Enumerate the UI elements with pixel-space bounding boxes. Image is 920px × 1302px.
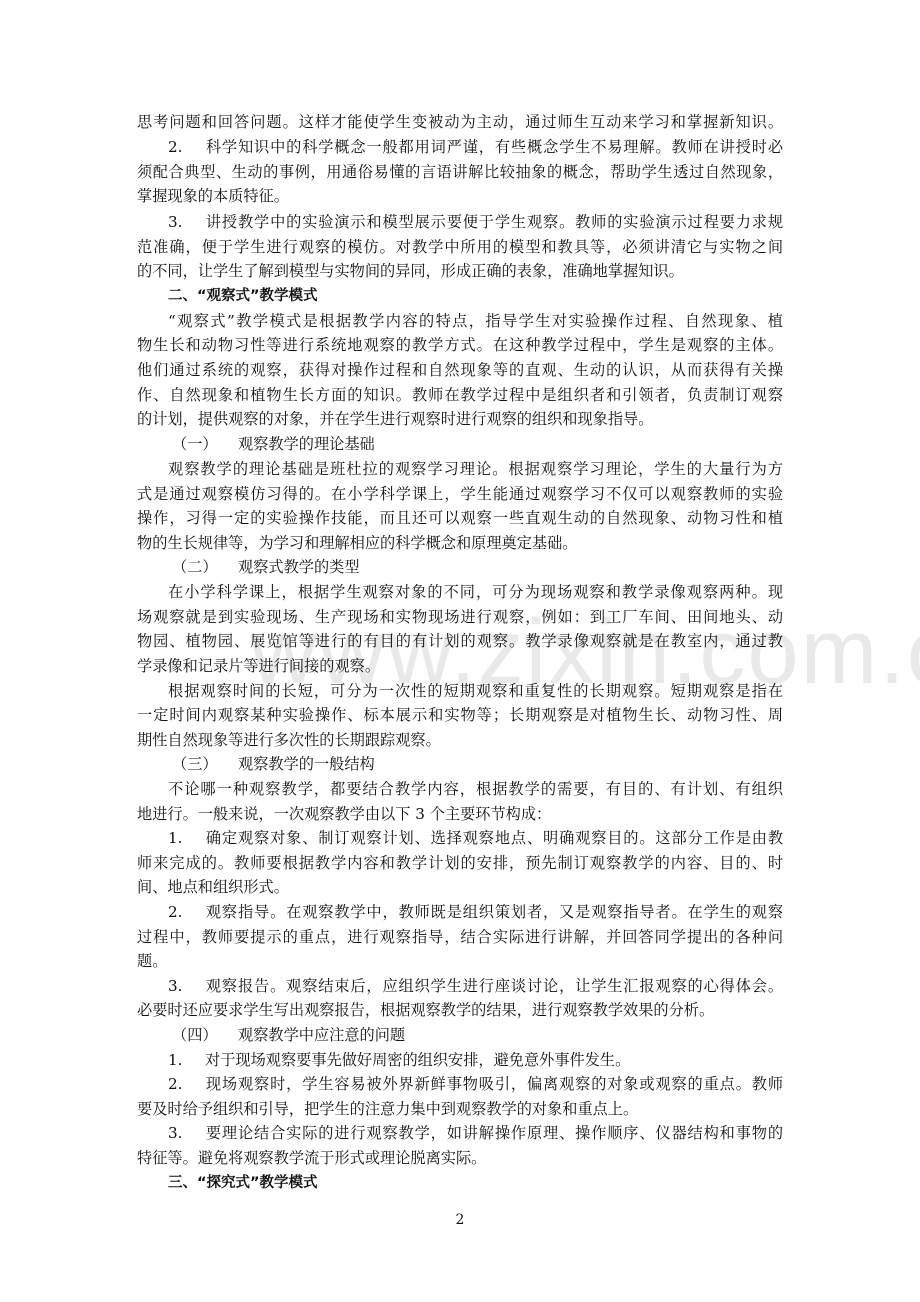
- paragraph-line: 过程中，教师要提示的重点，进行观察指导，结合实际进行讲解，并回答同学提出的各种问: [137, 927, 783, 947]
- line-text: 观察报告。观察结束后，应组织学生进行座谈讨论，让学生汇报观察的心得体会。: [205, 977, 783, 995]
- paragraph-line: 式是通过观察模仿习得的。在小学科学课上，学生能通过观察学习不仅可以观察教师的实验: [137, 484, 783, 504]
- list-number: 2.: [168, 1074, 205, 1094]
- line-text: 对于现场观察要事先做好周密的组织安排，避免意外事件发生。: [205, 1051, 630, 1069]
- paragraph-line: 根据观察时间的长短，可分为一次性的短期观察和重复性的长期观察。短期观察是指在: [168, 681, 783, 701]
- subsection-title: 观察式教学的类型: [238, 558, 360, 576]
- subsection-heading: （四）观察教学中应注意的问题: [172, 1025, 818, 1045]
- numbered-paragraph-line: 3.讲授教学中的实验演示和模型展示要便于学生观察。教师的实验演示过程要力求规: [168, 212, 783, 232]
- paragraph-line: “观察式”教学模式是根据教学内容的特点，指导学生对实验操作过程、自然现象、植: [168, 311, 783, 331]
- paragraph-line: 期性自然现象等进行多次性的长期跟踪观察。: [137, 730, 783, 750]
- subsection-heading: （三）观察教学的一般结构: [172, 754, 818, 774]
- numbered-paragraph-line: 2.科学知识中的科学概念一般都用词严谨，有些概念学生不易理解。教师在讲授时必: [168, 137, 783, 157]
- paragraph-line: 物的生长规律等，为学习和理解相应的科学概念和原理奠定基础。: [137, 533, 783, 553]
- section-heading: 二、“观察式”教学模式: [168, 286, 783, 306]
- paragraph-line: 物园、植物园、展览馆等进行的有目的有计划的观察。教学录像观察就是在教室内，通过教: [137, 631, 783, 651]
- subsection-heading: （二）观察式教学的类型: [172, 557, 818, 577]
- paragraph-line: 观察教学的理论基础是班杜拉的观察学习理论。根据观察学习理论，学生的大量行为方: [168, 459, 783, 479]
- list-number: 2.: [168, 137, 205, 157]
- line-text: 观察指导。在观察教学中，教师既是组织策划者，又是观察指导者。在学生的观察: [205, 903, 783, 921]
- numbered-paragraph-line: 3.观察报告。观察结束后，应组织学生进行座谈讨论，让学生汇报观察的心得体会。: [168, 976, 783, 996]
- line-text: 科学知识中的科学概念一般都用词严谨，有些概念学生不易理解。教师在讲授时必: [205, 138, 783, 156]
- paragraph-line: 要及时给予组织和引导，把学生的注意力集中到观察教学的对象和重点上。: [137, 1099, 783, 1119]
- subsection-number: （一）: [172, 434, 238, 454]
- paragraph-line: 间、地点和组织形式。: [137, 877, 783, 897]
- paragraph-line: 的计划，提供观察的对象，并在学生进行观察时进行观察的组织和现象指导。: [137, 409, 783, 429]
- list-number: 3.: [168, 1123, 205, 1143]
- paragraph-line: 题。: [137, 951, 783, 971]
- numbered-paragraph-line: 1.确定观察对象、制订观察计划、选择观察地点、明确观察目的。这部分工作是由教: [168, 828, 783, 848]
- paragraph-line: 须配合典型、生动的事例，用通俗易懂的言语讲解比较抽象的概念，帮助学生透过自然现象…: [137, 162, 783, 182]
- numbered-paragraph-line: 2.现场观察时，学生容易被外界新鲜事物吸引，偏离观察的对象或观察的重点。教师: [168, 1074, 783, 1094]
- list-number: 2.: [168, 902, 205, 922]
- paragraph-line: 地进行。一般来说，一次观察教学由以下 3 个主要环节构成：: [137, 804, 783, 824]
- paragraph-line: 师来完成的。教师要根据教学内容和教学计划的安排，预先制订观察教学的内容、目的、时: [137, 853, 783, 873]
- subsection-heading: （一）观察教学的理论基础: [172, 434, 818, 454]
- line-text: 确定观察对象、制订观察计划、选择观察地点、明确观察目的。这部分工作是由教: [205, 829, 783, 847]
- line-text: 讲授教学中的实验演示和模型展示要便于学生观察。教师的实验演示过程要力求规: [205, 213, 783, 231]
- paragraph-line: 他们通过系统的观察，获得对操作过程和自然现象等的直观、生动的认识，从而获得有关操: [137, 360, 783, 380]
- subsection-number: （三）: [172, 754, 238, 774]
- paragraph-line: 范准确，便于学生进行观察的模仿。对教学中所用的模型和教具等，必须讲清它与实物之间: [137, 237, 783, 257]
- list-number: 1.: [168, 1050, 205, 1070]
- list-number: 3.: [168, 976, 205, 996]
- subsection-title: 观察教学中应注意的问题: [238, 1026, 405, 1044]
- numbered-paragraph-line: 2.观察指导。在观察教学中，教师既是组织策划者，又是观察指导者。在学生的观察: [168, 902, 783, 922]
- line-text: 要理论结合实际的进行观察教学，如讲解操作原理、操作顺序、仪器结构和事物的: [205, 1124, 783, 1142]
- paragraph-line: 掌握现象的本质特征。: [137, 186, 783, 206]
- paragraph-line: 的不同，让学生了解到模型与实物间的异同，形成正确的表象，准确地掌握知识。: [137, 261, 783, 281]
- section-heading: 三、“探究式”教学模式: [168, 1173, 783, 1193]
- subsection-number: （四）: [172, 1025, 238, 1045]
- page-number: 2: [0, 1212, 920, 1228]
- paragraph-line: 不论哪一种观察教学，都要结合教学内容，根据教学的需要，有目的、有计划、有组织: [168, 779, 783, 799]
- subsection-number: （二）: [172, 557, 238, 577]
- line-text: 现场观察时，学生容易被外界新鲜事物吸引，偏离观察的对象或观察的重点。教师: [205, 1075, 783, 1093]
- document-page: www.zixin.com.cn 思考问题和回答问题。这样才能使学生变被动为主动…: [0, 0, 920, 1302]
- paragraph-line: 场观察就是到实验现场、生产现场和实物现场进行观察，例如：到工厂车间、田间地头、动: [137, 607, 783, 627]
- paragraph-line: 在小学科学课上，根据学生观察对象的不同，可分为现场观察和教学录像观察两种。现: [168, 582, 783, 602]
- paragraph-line: 必要时还应要求学生写出观察报告，根据观察教学的结果，进行观察教学效果的分析。: [137, 1000, 783, 1020]
- subsection-title: 观察教学的一般结构: [238, 755, 375, 773]
- paragraph-line: 一定时间内观察某种实验操作、标本展示和实物等；长期观察是对植物生长、动物习性、周: [137, 705, 783, 725]
- numbered-paragraph-line: 3.要理论结合实际的进行观察教学，如讲解操作原理、操作顺序、仪器结构和事物的: [168, 1123, 783, 1143]
- paragraph-line: 学录像和记录片等进行间接的观察。: [137, 656, 783, 676]
- list-number: 1.: [168, 828, 205, 848]
- paragraph-line: 思考问题和回答问题。这样才能使学生变被动为主动，通过师生互动来学习和掌握新知识。: [137, 112, 783, 132]
- paragraph-line: 特征等。避免将观察教学流于形式或理论脱离实际。: [137, 1148, 783, 1168]
- subsection-title: 观察教学的理论基础: [238, 435, 375, 453]
- list-number: 3.: [168, 212, 205, 232]
- paragraph-line: 物生长和动物习性等进行系统地观察的教学方式。在这种教学过程中，学生是观察的主体。: [137, 335, 783, 355]
- numbered-paragraph-line: 1.对于现场观察要事先做好周密的组织安排，避免意外事件发生。: [168, 1050, 783, 1070]
- paragraph-line: 操作，习得一定的实验操作技能，而且还可以观察一些直观生动的自然现象、动物习性和植: [137, 508, 783, 528]
- paragraph-line: 作、自然现象和植物生长方面的知识。教师在教学过程中是组织者和引领者，负责制订观察: [137, 385, 783, 405]
